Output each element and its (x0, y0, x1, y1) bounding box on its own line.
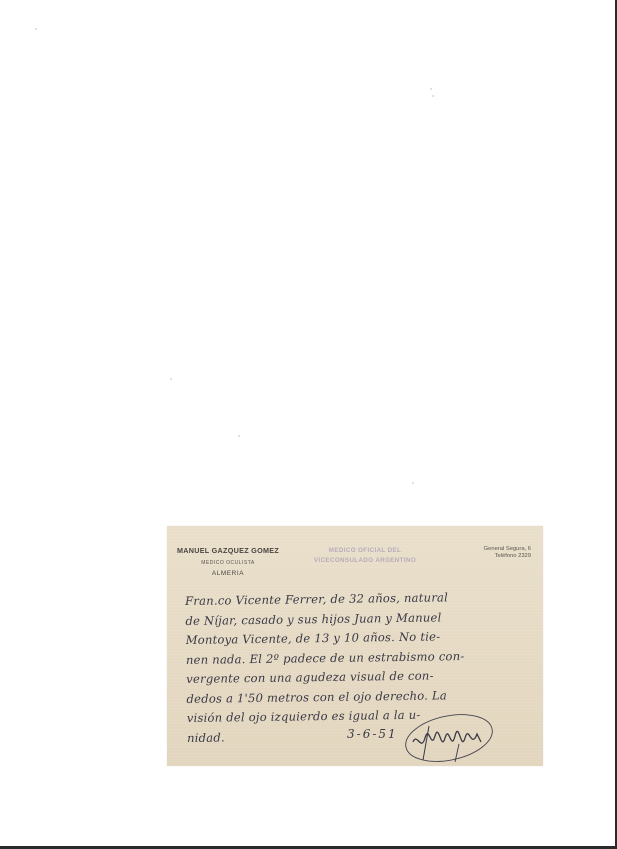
address-phone: Teléfono 2329 (484, 553, 531, 560)
document-card: MANUEL GAZQUEZ GOMEZ MEDICO OCULISTA ALM… (167, 526, 543, 766)
doctor-name: MANUEL GAZQUEZ GOMEZ (173, 546, 283, 555)
dust-speck (35, 28, 37, 30)
address-block: General Segura, 6 Teléfono 2329 (484, 546, 531, 560)
dust-speck (412, 482, 414, 484)
dust-speck (430, 88, 432, 90)
handwritten-date: 3-6-51 (347, 727, 398, 741)
official-stamp: MEDICO OFICIAL DEL VICECONSULADO ARGENTI… (310, 546, 420, 566)
address-street: General Segura, 6 (484, 546, 531, 553)
signature-icon (399, 712, 499, 766)
dust-speck (432, 95, 434, 97)
letterhead: MANUEL GAZQUEZ GOMEZ MEDICO OCULISTA ALM… (173, 546, 283, 577)
dust-speck (238, 435, 240, 437)
doctor-city: ALMERIA (173, 570, 283, 577)
dust-speck (170, 378, 172, 380)
stamp-line-1: MEDICO OFICIAL DEL (310, 546, 420, 556)
stamp-line-2: VICECONSULADO ARGENTINO (310, 556, 420, 566)
doctor-title: MEDICO OCULISTA (173, 560, 283, 566)
